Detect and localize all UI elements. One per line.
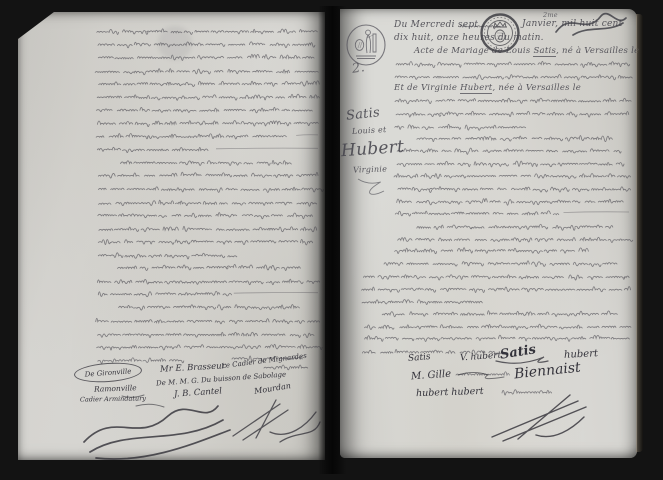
right-register-page: 2. 2me Du Mercredi sept Janvier, mil hui…	[340, 9, 637, 458]
page-stack-edge	[636, 14, 643, 452]
register-photo: { "colors": { "photo_background": "#1313…	[0, 0, 663, 480]
left-register-page: De Gironville Ramonville Cadier Armindat…	[18, 12, 325, 460]
right-page-signature-flourishes	[340, 9, 637, 458]
left-page-signature-flourishes	[18, 12, 325, 460]
